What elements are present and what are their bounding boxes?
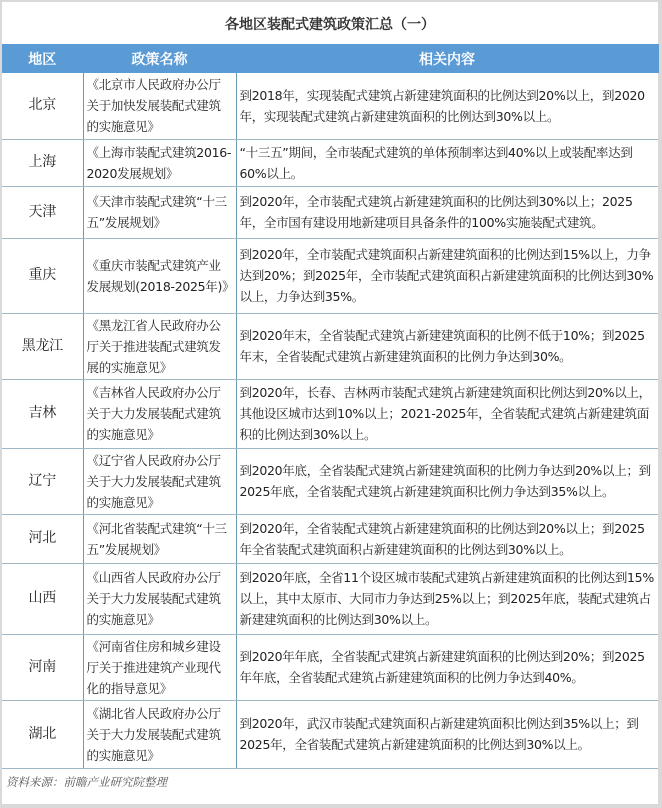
region-cell: 吉林	[2, 379, 83, 448]
policy-name-cell: 《北京市人民政府办公厅关于加快发展装配式建筑的实施意见》	[83, 73, 236, 139]
column-header-region: 地区	[2, 44, 83, 73]
policy-name-cell: 《湖北省人民政府办公厅关于大力发展装配式建筑的实施意见》	[83, 700, 236, 768]
content-cell: 到2020年，全市装配式建筑占新建建筑面积的比例达到30%以上；2025年，全市…	[236, 186, 658, 238]
document-frame: 各地区装配式建筑政策汇总（一） 地区 政策名称 相关内容 北京《北京市人民政府办…	[2, 2, 658, 804]
content-cell: 到2018年，实现装配式建筑占新建建筑面积的比例达到20%以上，到2020年，实…	[236, 73, 658, 139]
policy-name-cell: 《黑龙江省人民政府办公厅关于推进装配式建筑发展的实施意见》	[83, 313, 236, 379]
content-cell: 到2020年，武汉市装配式建筑面积占新建建筑面积比例达到35%以上；到2025年…	[236, 700, 658, 768]
region-cell: 山西	[2, 563, 83, 634]
policy-name-cell: 《山西省人民政府办公厅关于大力发展装配式建筑的实施意见》	[83, 563, 236, 634]
table-row: 天津《天津市装配式建筑“十三五”发展规划》到2020年，全市装配式建筑占新建建筑…	[2, 186, 658, 238]
table-row: 辽宁《辽宁省人民政府办公厅关于大力发展装配式建筑的实施意见》到2020年底，全省…	[2, 448, 658, 514]
page-title: 各地区装配式建筑政策汇总（一）	[2, 2, 658, 44]
region-cell: 河北	[2, 514, 83, 563]
table-row: 重庆《重庆市装配式建筑产业发展规划(2018-2025年)》到2020年，全市装…	[2, 238, 658, 313]
content-cell: 到2020年底，全省11个设区城市装配式建筑占新建建筑面积的比例达到15%以上，…	[236, 563, 658, 634]
content-cell: 到2020年末，全省装配式建筑占新建建筑面积的比例不低于10%；到2025年末，…	[236, 313, 658, 379]
table-row: 北京《北京市人民政府办公厅关于加快发展装配式建筑的实施意见》到2018年，实现装…	[2, 73, 658, 139]
policy-name-cell: 《上海市装配式建筑2016-2020发展规划》	[83, 139, 236, 186]
table-row: 河北《河北省装配式建筑“十三五”发展规划》到2020年，全省装配式建筑占新建建筑…	[2, 514, 658, 563]
policy-name-cell: 《吉林省人民政府办公厅关于大力发展装配式建筑的实施意见》	[83, 379, 236, 448]
table-row: 吉林《吉林省人民政府办公厅关于大力发展装配式建筑的实施意见》到2020年，长春、…	[2, 379, 658, 448]
column-header-policy: 政策名称	[83, 44, 236, 73]
region-cell: 天津	[2, 186, 83, 238]
table-header-row: 地区 政策名称 相关内容	[2, 44, 658, 73]
policy-name-cell: 《河北省装配式建筑“十三五”发展规划》	[83, 514, 236, 563]
policy-table: 地区 政策名称 相关内容 北京《北京市人民政府办公厅关于加快发展装配式建筑的实施…	[2, 44, 659, 769]
policy-name-cell: 《天津市装配式建筑“十三五”发展规划》	[83, 186, 236, 238]
content-cell: 到2020年年底，全省装配式建筑占新建建筑面积的比例达到20%；到2025年年底…	[236, 634, 658, 700]
source-note: 资料来源：前瞻产业研究院整理	[6, 774, 167, 790]
region-cell: 河南	[2, 634, 83, 700]
content-cell: 到2020年，全市装配式建筑面积占新建建筑面积的比例达到15%以上，力争达到20…	[236, 238, 658, 313]
region-cell: 辽宁	[2, 448, 83, 514]
policy-name-cell: 《辽宁省人民政府办公厅关于大力发展装配式建筑的实施意见》	[83, 448, 236, 514]
table-row: 山西《山西省人民政府办公厅关于大力发展装配式建筑的实施意见》到2020年底，全省…	[2, 563, 658, 634]
region-cell: 北京	[2, 73, 83, 139]
table-row: 黑龙江《黑龙江省人民政府办公厅关于推进装配式建筑发展的实施意见》到2020年末，…	[2, 313, 658, 379]
policy-name-cell: 《河南省住房和城乡建设厅关于推进建筑产业现代化的指导意见》	[83, 634, 236, 700]
content-cell: 到2020年，全省装配式建筑占新建建筑面积的比例达到20%以上；到2025年全省…	[236, 514, 658, 563]
column-header-content: 相关内容	[236, 44, 658, 73]
table-row: 上海《上海市装配式建筑2016-2020发展规划》“十三五”期间，全市装配式建筑…	[2, 139, 658, 186]
region-cell: 上海	[2, 139, 83, 186]
region-cell: 重庆	[2, 238, 83, 313]
region-cell: 黑龙江	[2, 313, 83, 379]
table-row: 河南《河南省住房和城乡建设厅关于推进建筑产业现代化的指导意见》到2020年年底，…	[2, 634, 658, 700]
region-cell: 湖北	[2, 700, 83, 768]
content-cell: “十三五”期间，全市装配式建筑的单体预制率达到40%以上或装配率达到60%以上。	[236, 139, 658, 186]
content-cell: 到2020年底，全省装配式建筑占新建建筑面积的比例力争达到20%以上；到2025…	[236, 448, 658, 514]
content-cell: 到2020年，长春、吉林两市装配式建筑占新建建筑面积比例达到20%以上，其他设区…	[236, 379, 658, 448]
policy-name-cell: 《重庆市装配式建筑产业发展规划(2018-2025年)》	[83, 238, 236, 313]
table-row: 湖北《湖北省人民政府办公厅关于大力发展装配式建筑的实施意见》到2020年，武汉市…	[2, 700, 658, 768]
